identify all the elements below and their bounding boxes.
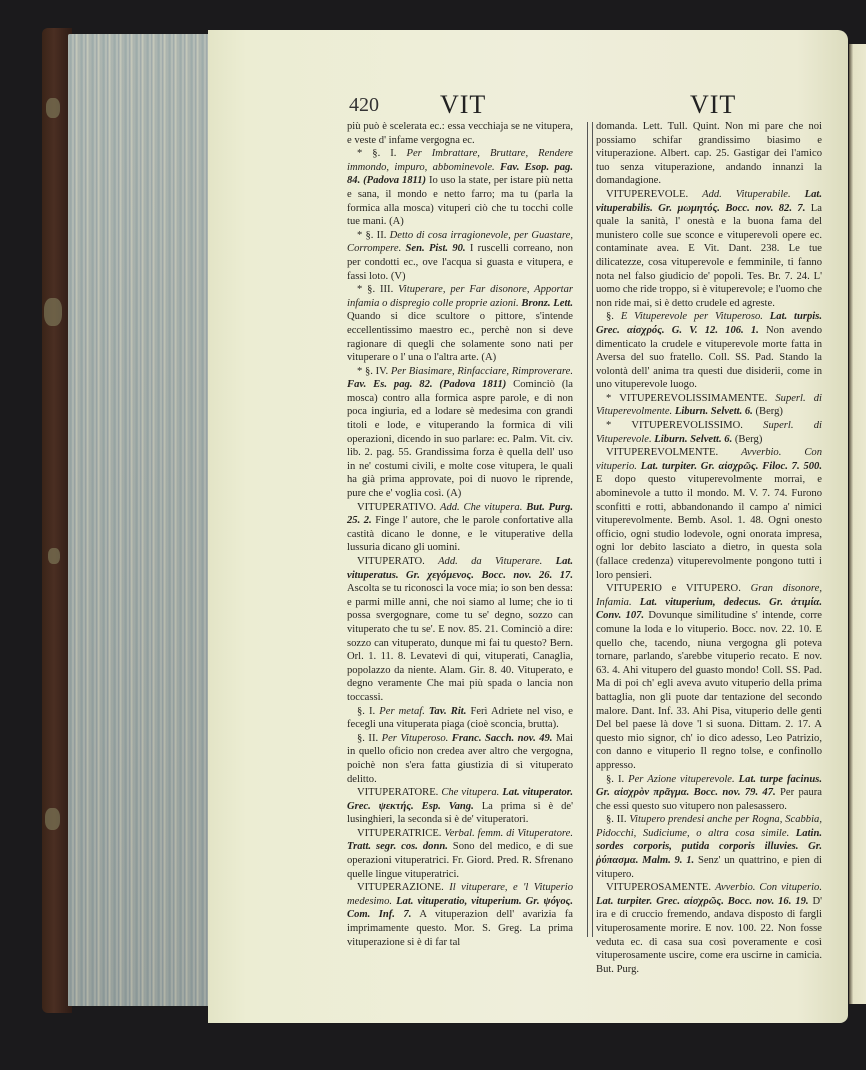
entry-sense: * §. II. Detto di cosa irragionevole, pe…: [347, 229, 573, 283]
column-divider: [587, 122, 593, 937]
dictionary-entry: VITUPERATIVO. Add. Che vitupera. But. Pu…: [347, 501, 573, 555]
sense-mark: §. I.: [606, 774, 624, 785]
page-number: 420: [349, 94, 379, 117]
entry-text: Quando si dice scultore o pittore, s'int…: [347, 311, 573, 363]
sense-mark: §. II.: [606, 814, 626, 825]
citation: Liburn. Selvett. 6.: [675, 406, 753, 417]
entry-sense: * §. III. Vituperare, per Far disonore, …: [347, 283, 573, 365]
running-head-left: VIT: [440, 90, 486, 120]
headword: VITUPERATIVO.: [357, 502, 436, 513]
page-edges-stack: [68, 34, 210, 1006]
citation: Lat. turpiter. Gr. αἰσχρῶς. Filoc. 7. 50…: [641, 461, 822, 472]
continued-text: più può è scelerata ec.: essa vecchiaja …: [347, 120, 573, 147]
entry-sense: §. E Vituperevole per Vituperoso. Lat. t…: [596, 310, 822, 392]
entry-text: più può è scelerata ec.: essa vecchiaja …: [347, 121, 573, 146]
headword: VITUPEREVOLE.: [606, 189, 688, 200]
citation: Tav. Rit.: [429, 706, 466, 717]
dictionary-entry: VITUPERATO. Add. da Vituperare. Lat. vit…: [347, 555, 573, 705]
headword: VITUPEROSAMENTE.: [606, 882, 711, 893]
entry-text: D' ira e di cruccio fremendo, andava dis…: [596, 896, 822, 975]
definition: Add. Che vitupera.: [440, 502, 522, 513]
entry-text: La quale la sanità, l' onestà e la buona…: [596, 203, 822, 309]
dictionary-entry: VITUPERATRICE. Verbal. femm. di Vitupera…: [347, 827, 573, 881]
binding-wear-spot: [46, 98, 60, 118]
sense-mark: §.: [606, 311, 614, 322]
entry-sense: §. II. Vitupero prendesi anche per Rogna…: [596, 813, 822, 881]
sense-mark: §. I.: [357, 706, 375, 717]
headword: * VITUPEREVOLISSIMAMENTE.: [606, 393, 767, 404]
citation: Fav. Es. pag. 82. (Padova 1811): [347, 379, 506, 390]
running-head-right: VIT: [690, 90, 736, 120]
entry-text: Cominciò (la mosca) contro alla formica …: [347, 379, 573, 499]
definition: Per Azione vituperevole.: [628, 774, 735, 785]
entry-text: Finge l' autore, che le parole confortat…: [347, 515, 573, 553]
entry-text: Ascolta se tu riconosci la voce mia; io …: [347, 583, 573, 703]
citation: Sen. Pist. 90.: [406, 243, 466, 254]
dictionary-entry: * VITUPEREVOLISSIMAMENTE. Superl. di Vit…: [596, 392, 822, 419]
definition: Add. Vituperabile.: [702, 189, 791, 200]
entry-sense: * §. I. Per Imbrattare, Bruttare, Render…: [347, 147, 573, 229]
headword: VITUPEREVOLMENTE.: [606, 447, 718, 458]
continued-text: domanda. Lett. Tull. Quint. Non mi pare …: [596, 120, 822, 188]
headword: VITUPERATRICE.: [357, 828, 441, 839]
headword: VITUPERATO.: [357, 556, 425, 567]
headword: VITUPERATORE.: [357, 787, 438, 798]
sense-mark: * §. I.: [357, 148, 396, 159]
entry-text: (Berg): [735, 434, 762, 445]
entry-text: E dopo questo vituperevolmente morrai, e…: [596, 474, 822, 580]
definition: Verbal. femm. di Vituperatore.: [444, 828, 573, 839]
dictionary-entry: * VITUPEREVOLISSIMO. Superl. di Vitupere…: [596, 419, 822, 446]
definition: Per Biasimare, Rinfacciare, Rimproverare…: [391, 366, 573, 377]
dictionary-entry: VITUPERIO e VITUPERO. Gran disonore, Inf…: [596, 582, 822, 772]
definition: E Vituperevole per Vituperoso.: [621, 311, 763, 322]
sense-mark: §. II.: [357, 733, 378, 744]
headword: VITUPERAZIONE.: [357, 882, 444, 893]
entry-sense: §. II. Per Vituperoso. Franc. Sacch. nov…: [347, 732, 573, 786]
dictionary-entry: VITUPEREVOLE. Add. Vituperabile. Lat. vi…: [596, 188, 822, 310]
dictionary-entry: VITUPEROSAMENTE. Avverbio. Con vituperio…: [596, 881, 822, 976]
dictionary-entry: VITUPEREVOLMENTE. Avverbio. Con vituperi…: [596, 446, 822, 582]
entry-text: Dovunque similitudine s' intende, corre …: [596, 610, 822, 771]
headword: * VITUPEREVOLISSIMO.: [606, 420, 743, 431]
entry-sense: §. I. Per metaf. Tav. Rit. Ferì Adriete …: [347, 705, 573, 732]
citation: Lat. turpiter. Grec. αἰσχρῶς. Bocc. nov.…: [596, 896, 809, 907]
binding-wear-spot: [44, 298, 62, 326]
citation: Franc. Sacch. nov. 49.: [452, 733, 553, 744]
dictionary-entry: VITUPERATORE. Che vitupera. Lat. vituper…: [347, 786, 573, 827]
definition: Per Vituperoso.: [382, 733, 449, 744]
definition: Per metaf.: [379, 706, 425, 717]
citation: Bronz. Lett.: [521, 298, 573, 309]
dictionary-entry: VITUPERAZIONE. Il vituperare, e 'l Vitup…: [347, 881, 573, 949]
definition: Add. da Vituperare.: [438, 556, 542, 567]
binding-wear-spot: [48, 548, 60, 564]
entry-sense: * §. IV. Per Biasimare, Rinfacciare, Rim…: [347, 365, 573, 501]
definition: Che vitupera.: [441, 787, 499, 798]
headword: VITUPERIO e VITUPERO.: [606, 583, 741, 594]
sense-mark: * §. III.: [357, 284, 393, 295]
sense-mark: * §. IV.: [357, 366, 388, 377]
entry-text: (Berg): [755, 406, 782, 417]
right-column: domanda. Lett. Tull. Quint. Non mi pare …: [596, 120, 822, 976]
entry-sense: §. I. Per Azione vituperevole. Lat. turp…: [596, 773, 822, 814]
binding-wear-spot: [45, 808, 60, 830]
definition: Vitupero prendesi anche per Rogna, Scabb…: [596, 814, 822, 839]
citation: Liburn. Selvett. 6.: [654, 434, 732, 445]
definition: Avverbio. Con vituperio.: [715, 882, 822, 893]
left-column: più può è scelerata ec.: essa vecchiaja …: [347, 120, 573, 949]
facing-page-edge: [849, 44, 866, 1004]
sense-mark: * §. II.: [357, 230, 386, 241]
citation: Tratt. segr. cos. donn.: [347, 841, 448, 852]
entry-text: domanda. Lett. Tull. Quint. Non mi pare …: [596, 121, 822, 186]
